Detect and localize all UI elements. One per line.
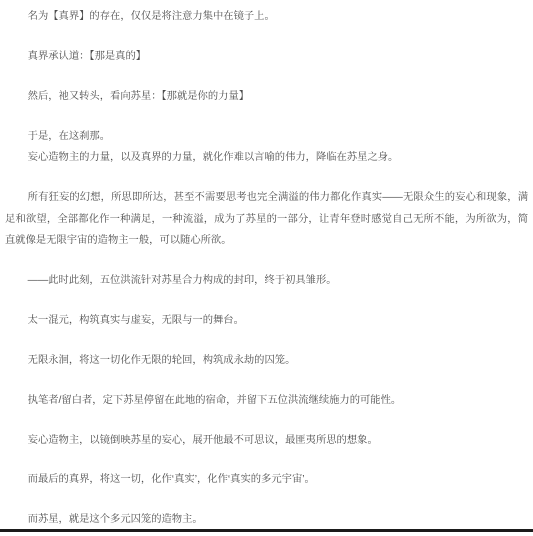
novel-paragraph: 名为【真界】的存在，仅仅是将注意力集中在镜子上。 — [5, 6, 528, 28]
novel-paragraph: 妄心造物主，以镜倒映苏星的妄心，展开他最不可思议，最匪夷所思的想象。 — [5, 430, 528, 452]
novel-paragraph: ——此时此刻，五位洪流针对苏星合力构成的封印，终于初具雏形。 — [5, 270, 528, 292]
novel-paragraph: 于是，在这刹那。 — [5, 126, 528, 148]
novel-paragraph: 然后，祂又转头，看向苏星：【那就是你的力量】 — [5, 86, 528, 108]
novel-paragraph: 执笔者/留白者，定下苏星停留在此地的宿命，并留下五位洪流继续施力的可能性。 — [5, 390, 528, 412]
bottom-window-edge — [0, 529, 533, 532]
novel-paragraph: 真界承认道：【那是真的】 — [5, 46, 528, 68]
novel-paragraph: 所有狂妄的幻想，所思即所达，甚至不需要思考也完全满溢的伟力都化作真实——无限众生… — [5, 187, 528, 252]
novel-paragraph: 而苏星，就是这个多元囚笼的造物主。 — [5, 509, 528, 531]
novel-paragraph: 而最后的真界，将这一切，化作‘真实’，化作‘真实的多元宇宙’。 — [5, 469, 528, 491]
reading-area: 名为【真界】的存在，仅仅是将注意力集中在镜子上。真界承认道：【那是真的】然后，祂… — [0, 0, 533, 536]
novel-paragraph: 太一混元，构筑真实与虚妄，无限与一的舞台。 — [5, 310, 528, 332]
novel-paragraph: 无限永洄，将这一切化作无限的轮回，构筑成永劫的囚笼。 — [5, 350, 528, 372]
novel-paragraph: 妄心造物主的力量，以及真界的力量，就化作难以言喻的伟力，降临在苏星之身。 — [5, 147, 528, 169]
